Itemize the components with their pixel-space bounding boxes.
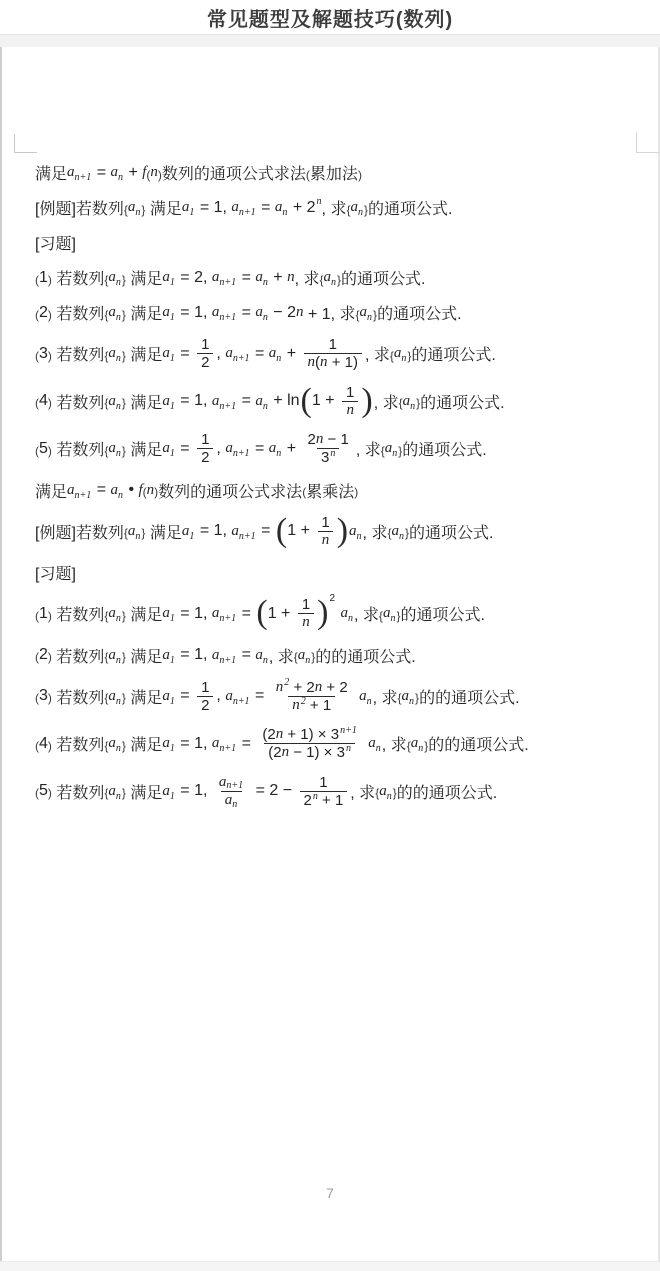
exercise-line: (4) 若数列{an} 满足a1 = 1, an+1 = an + ln(1 +…	[35, 384, 633, 420]
math-variable: a	[108, 304, 116, 321]
math-delimiter: {	[104, 444, 108, 458]
math-variable: a	[385, 440, 393, 457]
math-delimiter: {	[104, 691, 108, 705]
fraction-numerator: 1	[197, 679, 213, 696]
math-text: , 求	[350, 780, 375, 803]
math-delimiter: }	[415, 691, 419, 705]
math-subscript: n+1	[219, 277, 236, 288]
math-text: 的通项公式.	[341, 266, 425, 289]
math-variable: n	[322, 532, 330, 549]
math-text: ,	[216, 687, 225, 705]
math-variable: a	[225, 345, 233, 362]
math-text: = 1,	[176, 646, 212, 664]
math-variable: a	[255, 393, 263, 410]
fraction-numerator: 1	[197, 336, 213, 353]
section-heading: 满足an+1 = an • f(n)数列的通项公式求法(累乘法)	[35, 479, 633, 502]
math-text: 3	[321, 449, 329, 466]
math-parenthesis-group: (1 + 1n)	[276, 514, 348, 550]
math-text: ,	[216, 440, 225, 458]
left-paren: (	[301, 386, 312, 417]
math-variable: a	[128, 199, 136, 216]
math-text: 5	[39, 440, 48, 458]
math-subscript: n	[263, 401, 268, 412]
math-subscript: 1	[170, 353, 175, 364]
math-delimiter: (	[35, 739, 39, 753]
math-text: = 1,	[176, 782, 212, 800]
exercise-line: (5) 若数列{an} 满足a1 = 1, an+1an = 2 − 12n +…	[35, 774, 633, 810]
fraction-denominator: n	[298, 613, 314, 631]
math-variable: a	[108, 345, 116, 362]
math-delimiter: )	[48, 308, 52, 322]
math-text: 2	[308, 431, 316, 448]
math-delimiter: )	[48, 273, 52, 287]
math-subscript: n	[116, 277, 121, 288]
text-boundary-mark-top-right	[636, 132, 659, 153]
math-text: =	[176, 687, 194, 705]
math-text: 的通项公式.	[402, 437, 486, 460]
math-delimiter: }	[122, 349, 126, 363]
math-text: 1	[39, 605, 48, 623]
math-variable: a	[108, 647, 116, 664]
math-delimiter: {	[124, 203, 128, 217]
math-subscript: n	[331, 277, 336, 288]
math-text: 1 +	[287, 522, 314, 540]
math-text: + 1	[318, 792, 343, 809]
math-text: •	[124, 481, 139, 499]
math-variable: a	[212, 269, 220, 286]
math-subscript: n+1	[75, 490, 92, 501]
math-delimiter: {	[387, 526, 391, 540]
math-delimiter: {	[346, 203, 350, 217]
math-text: , 求	[363, 520, 388, 543]
page-number: 7	[2, 1185, 658, 1201]
exercise-line: (3) 若数列{an} 满足a1 = 12, an+1 = n2 + 2n + …	[35, 679, 633, 715]
math-subscript: 1	[189, 531, 194, 542]
document-title: 常见题型及解题技巧(数列)	[207, 3, 453, 32]
math-variable: a	[162, 688, 170, 705]
math-subscript: n	[116, 655, 121, 666]
fraction-numerator: 1	[315, 774, 331, 791]
math-text: 的通项公式.	[409, 520, 493, 543]
math-subscript: n	[135, 207, 140, 218]
math-delimiter: }	[122, 739, 126, 753]
math-text: 满足	[35, 161, 67, 184]
math-text: = 1,	[195, 199, 231, 217]
math-variable: n	[320, 354, 328, 371]
math-variable: a	[108, 783, 116, 800]
math-variable: a	[349, 523, 357, 540]
math-subscript: n	[367, 696, 372, 707]
math-variable: a	[162, 345, 170, 362]
math-subscript: 1	[189, 207, 194, 218]
fraction-denominator: (2n − 1) × 3n	[264, 743, 355, 761]
fraction-numerator: 1	[342, 384, 358, 401]
math-subscript: n+1	[239, 207, 256, 218]
math-variable: a	[162, 393, 170, 410]
exercise-line: (4) 若数列{an} 满足a1 = 1, an+1 = (2n + 1) × …	[35, 726, 633, 762]
math-text: 3	[39, 687, 48, 705]
fraction-denominator: n	[318, 531, 334, 549]
math-variable: n	[302, 614, 310, 631]
math-text: 满足	[126, 732, 162, 755]
math-text: 若数列	[52, 732, 104, 755]
math-text: (2	[268, 744, 281, 761]
math-text: 1	[201, 336, 209, 353]
math-subscript: n	[263, 655, 268, 666]
math-subscript: n	[401, 353, 406, 364]
math-text: =	[237, 646, 255, 664]
math-subscript: 1	[170, 277, 175, 288]
math-variable: a	[368, 735, 376, 752]
math-variable: a	[108, 688, 116, 705]
math-text: =	[237, 392, 255, 410]
paren-content: 1 + 1n	[268, 596, 317, 632]
math-text: = 1,	[176, 392, 212, 410]
fraction-denominator: n(n + 1)	[304, 353, 362, 371]
math-variable: n	[276, 726, 284, 743]
math-subscript: n	[116, 743, 121, 754]
math-text: 满足	[35, 479, 67, 502]
math-text: =	[251, 345, 269, 363]
math-text: 的通项公式.	[368, 196, 452, 219]
math-delimiter: (	[302, 485, 306, 499]
math-variable: a	[231, 523, 239, 540]
math-text: 若数列	[52, 685, 104, 708]
math-text: 满足	[126, 301, 162, 324]
math-subscript: n	[118, 172, 123, 183]
math-text: 1 +	[268, 605, 295, 623]
math-variable: a	[231, 199, 239, 216]
title-bar: 常见题型及解题技巧(数列)	[0, 0, 660, 35]
math-variable: a	[162, 783, 170, 800]
math-variable: a	[162, 269, 170, 286]
math-delimiter: }	[122, 444, 126, 458]
math-delimiter: {	[320, 273, 324, 287]
math-variable: a	[162, 304, 170, 321]
math-delimiter: {	[390, 349, 394, 363]
math-subscript: 1	[170, 743, 175, 754]
math-text: 的通项公式.	[400, 602, 484, 625]
math-delimiter: )	[48, 650, 52, 664]
left-paren: (	[256, 598, 267, 629]
math-variable: a	[111, 482, 119, 499]
math-subscript: n	[392, 448, 397, 459]
math-subscript: n+1	[239, 531, 256, 542]
math-superscript: n	[313, 791, 318, 803]
math-text: 4	[39, 735, 48, 753]
fraction-numerator: n2 + 2n + 2	[272, 679, 352, 696]
math-delimiter: }	[364, 203, 368, 217]
math-subscript: n	[390, 613, 395, 624]
fraction-denominator: 2	[197, 696, 213, 714]
math-delimiter: {	[124, 526, 128, 540]
math-subscript: n+1	[219, 401, 236, 412]
math-delimiter: (	[146, 168, 150, 182]
math-text: 1 +	[312, 392, 339, 410]
math-subscript: n	[276, 448, 281, 459]
math-text: , 求	[365, 342, 390, 365]
math-subscript: n	[116, 312, 121, 323]
math-text: 若数列	[52, 437, 104, 460]
math-text: 满足	[145, 196, 181, 219]
math-variable: n	[287, 269, 295, 286]
math-fraction: (2n + 1) × 3n+1(2n − 1) × 3n	[258, 726, 360, 762]
math-variable: a	[108, 440, 116, 457]
math-variable: a	[394, 345, 402, 362]
math-delimiter: }	[122, 691, 126, 705]
math-text: [习题]	[35, 561, 76, 584]
fraction-denominator: an	[221, 791, 243, 809]
math-delimiter: }	[398, 444, 402, 458]
math-delimiter: }	[393, 786, 397, 800]
math-subscript: n	[263, 312, 268, 323]
math-delimiter: (	[35, 308, 39, 322]
math-text: , 求	[322, 196, 347, 219]
exercise-line: (1) 若数列{an} 满足a1 = 2, an+1 = an + n, 求{a…	[35, 266, 633, 289]
math-subscript: 1	[170, 696, 175, 707]
math-delimiter: }	[122, 273, 126, 287]
math-delimiter: }	[141, 526, 145, 540]
math-text: − 2	[269, 304, 296, 322]
math-subscript: n+1	[219, 312, 236, 323]
math-subscript: n	[282, 207, 287, 218]
math-text: 的通项公式.	[420, 390, 504, 413]
example-line: [例题]若数列{an} 满足a1 = 1, an+1 = an + 2n, 求{…	[35, 196, 633, 219]
exercise-line: (1) 若数列{an} 满足a1 = 1, an+1 = (1 + 1n)2 a…	[35, 596, 633, 632]
math-text: 的通项公式.	[411, 342, 495, 365]
math-superscript: n	[346, 743, 351, 755]
fraction-numerator: 1	[298, 596, 314, 613]
math-superscript: n+1	[340, 725, 357, 737]
math-delimiter: )	[48, 691, 52, 705]
math-delimiter: }	[405, 526, 409, 540]
fraction-denominator: n2 + 1	[288, 696, 335, 714]
math-variable: a	[269, 345, 277, 362]
math-text: =	[237, 605, 255, 623]
math-text: =	[237, 269, 255, 287]
math-variable: a	[162, 647, 170, 664]
math-text: 数列的通项公式求法	[162, 161, 306, 184]
math-text: 1	[321, 514, 329, 531]
math-variable: a	[411, 735, 419, 752]
fraction-denominator: 3n	[317, 448, 339, 466]
math-delimiter: {	[104, 349, 108, 363]
fraction-numerator: (2n + 1) × 3n+1	[258, 726, 360, 743]
math-subscript: n	[116, 448, 121, 459]
math-subscript: n	[116, 613, 121, 624]
fraction-numerator: 2n − 1	[304, 431, 353, 448]
math-variable: a	[67, 164, 75, 181]
math-delimiter: )	[48, 396, 52, 410]
section-heading: 满足an+1 = an + f(n)数列的通项公式求法(累加法)	[35, 161, 633, 184]
math-subscript: n	[376, 743, 381, 754]
math-variable: n	[316, 431, 324, 448]
math-text: 满足	[126, 602, 162, 625]
math-text: 的通项公式.	[377, 301, 461, 324]
math-variable: a	[402, 688, 410, 705]
math-subscript: n	[116, 791, 121, 802]
math-delimiter: )	[154, 485, 158, 499]
math-text: 满足	[145, 520, 181, 543]
math-subscript: n	[116, 353, 121, 364]
math-delimiter: )	[48, 444, 52, 458]
math-variable: a	[350, 199, 358, 216]
math-text: +	[282, 440, 300, 458]
math-delimiter: )	[48, 739, 52, 753]
math-variable: a	[212, 304, 220, 321]
math-text: 若数列	[52, 342, 104, 365]
math-subscript: n	[367, 312, 372, 323]
math-variable: a	[383, 605, 391, 622]
math-variable: a	[111, 164, 119, 181]
math-delimiter: (	[35, 349, 39, 363]
math-text: 5	[39, 782, 48, 800]
math-text: =	[237, 304, 255, 322]
math-subscript: n+1	[75, 172, 92, 183]
math-text: +	[282, 345, 300, 363]
math-delimiter: )	[354, 485, 358, 499]
math-subscript: n	[276, 353, 281, 364]
math-variable: a	[212, 393, 220, 410]
math-text: =	[92, 481, 110, 499]
math-variable: n	[150, 164, 158, 181]
math-variable: a	[255, 647, 263, 664]
math-delimiter: }	[122, 609, 126, 623]
math-text: =	[251, 440, 269, 458]
math-delimiter: {	[294, 650, 298, 664]
math-text: 2	[304, 792, 312, 809]
math-delimiter: }	[122, 396, 126, 410]
math-text: 若数列	[52, 644, 104, 667]
math-variable: a	[162, 735, 170, 752]
math-text: =	[176, 345, 194, 363]
math-text: 4	[39, 392, 48, 410]
math-text: = 1,	[176, 605, 212, 623]
math-variable: a	[360, 304, 368, 321]
math-delimiter: }	[311, 650, 315, 664]
math-variable: n	[346, 402, 354, 419]
math-subscript: 1	[170, 791, 175, 802]
math-subscript: n	[410, 401, 415, 412]
math-text: 的的通项公式.	[397, 780, 497, 803]
math-text: [例题]若数列	[35, 196, 124, 219]
math-subscript: n+1	[226, 780, 243, 792]
math-fraction: 2n − 13n	[304, 431, 353, 467]
math-text: = 2,	[176, 269, 212, 287]
exercise-line: (3) 若数列{an} 满足a1 = 12, an+1 = an + 1n(n …	[35, 336, 633, 372]
math-variable: n	[292, 697, 300, 714]
math-variable: a	[67, 482, 75, 499]
math-fraction: 12	[197, 679, 213, 715]
math-subscript: n	[118, 490, 123, 501]
math-delimiter: )	[48, 609, 52, 623]
text-boundary-mark-top-left	[14, 134, 37, 153]
math-text: + ln	[269, 392, 300, 410]
fraction-numerator: an+1	[215, 774, 248, 791]
math-text: =	[176, 440, 194, 458]
math-variable: a	[255, 304, 263, 321]
math-parenthesis-group: (1 + 1n)	[301, 384, 373, 420]
math-variable: a	[219, 774, 227, 791]
math-variable: a	[269, 440, 277, 457]
math-text: 的的通项公式.	[428, 732, 528, 755]
fraction-denominator: 2n + 1	[300, 791, 348, 809]
math-delimiter: {	[398, 691, 402, 705]
math-text: (2	[262, 726, 275, 743]
math-subscript: 1	[170, 655, 175, 666]
math-subscript: n+1	[233, 353, 250, 364]
math-subscript: n	[409, 696, 414, 707]
math-variable: a	[212, 605, 220, 622]
math-variable: a	[275, 199, 283, 216]
math-text: 的的通项公式.	[419, 685, 519, 708]
math-variable: a	[391, 523, 399, 540]
math-text: ,	[216, 345, 225, 363]
math-subscript: n	[135, 531, 140, 542]
math-variable: a	[162, 440, 170, 457]
math-text: [习题]	[35, 231, 76, 254]
math-variable: a	[108, 269, 116, 286]
math-text: 1	[319, 774, 327, 791]
math-subscript: 1	[170, 401, 175, 412]
math-text: 2	[39, 646, 48, 664]
math-variable: n	[276, 679, 284, 696]
math-variable: a	[182, 523, 190, 540]
math-subscript: n+1	[219, 743, 236, 754]
math-text: = 1,	[176, 304, 212, 322]
math-variable: n	[296, 304, 304, 321]
math-delimiter: }	[424, 739, 428, 753]
math-text: [例题]若数列	[35, 520, 124, 543]
math-text: + 1, 求	[304, 301, 356, 324]
math-delimiter: (	[35, 396, 39, 410]
math-delimiter: )	[358, 168, 362, 182]
math-subscript: n	[418, 743, 423, 754]
fraction-denominator: 2	[197, 448, 213, 466]
math-text: , 求	[356, 437, 381, 460]
math-variable: a	[162, 605, 170, 622]
math-text: 1	[302, 596, 310, 613]
math-subscript: n	[305, 655, 310, 666]
math-subscript: n	[263, 277, 268, 288]
math-variable: a	[359, 688, 367, 705]
math-subscript: n+1	[219, 655, 236, 666]
math-delimiter: {	[104, 308, 108, 322]
math-text: 满足	[126, 437, 162, 460]
math-subscript: n+1	[219, 613, 236, 624]
math-text: + 2	[322, 679, 347, 696]
math-superscript: n	[317, 196, 322, 207]
math-text: 3	[39, 345, 48, 363]
math-delimiter: (	[306, 168, 310, 182]
math-text: 累乘法	[306, 479, 354, 502]
math-text: 1	[39, 269, 48, 287]
math-text: 1	[329, 336, 337, 353]
math-text: 若数列	[52, 390, 104, 413]
math-delimiter: {	[407, 739, 411, 753]
math-text: 1	[201, 431, 209, 448]
math-text: 若数列	[52, 780, 104, 803]
math-fraction: 1n	[298, 596, 314, 632]
document-page[interactable]: 满足an+1 = an + f(n)数列的通项公式求法(累加法)[例题]若数列{…	[0, 47, 660, 1262]
math-subscript: n	[387, 791, 392, 802]
math-delimiter: {	[375, 786, 379, 800]
math-delimiter: {	[399, 396, 403, 410]
math-text: 满足	[126, 685, 162, 708]
math-delimiter: }	[407, 349, 411, 363]
math-delimiter: {	[379, 609, 383, 623]
math-text: 2	[201, 354, 209, 371]
